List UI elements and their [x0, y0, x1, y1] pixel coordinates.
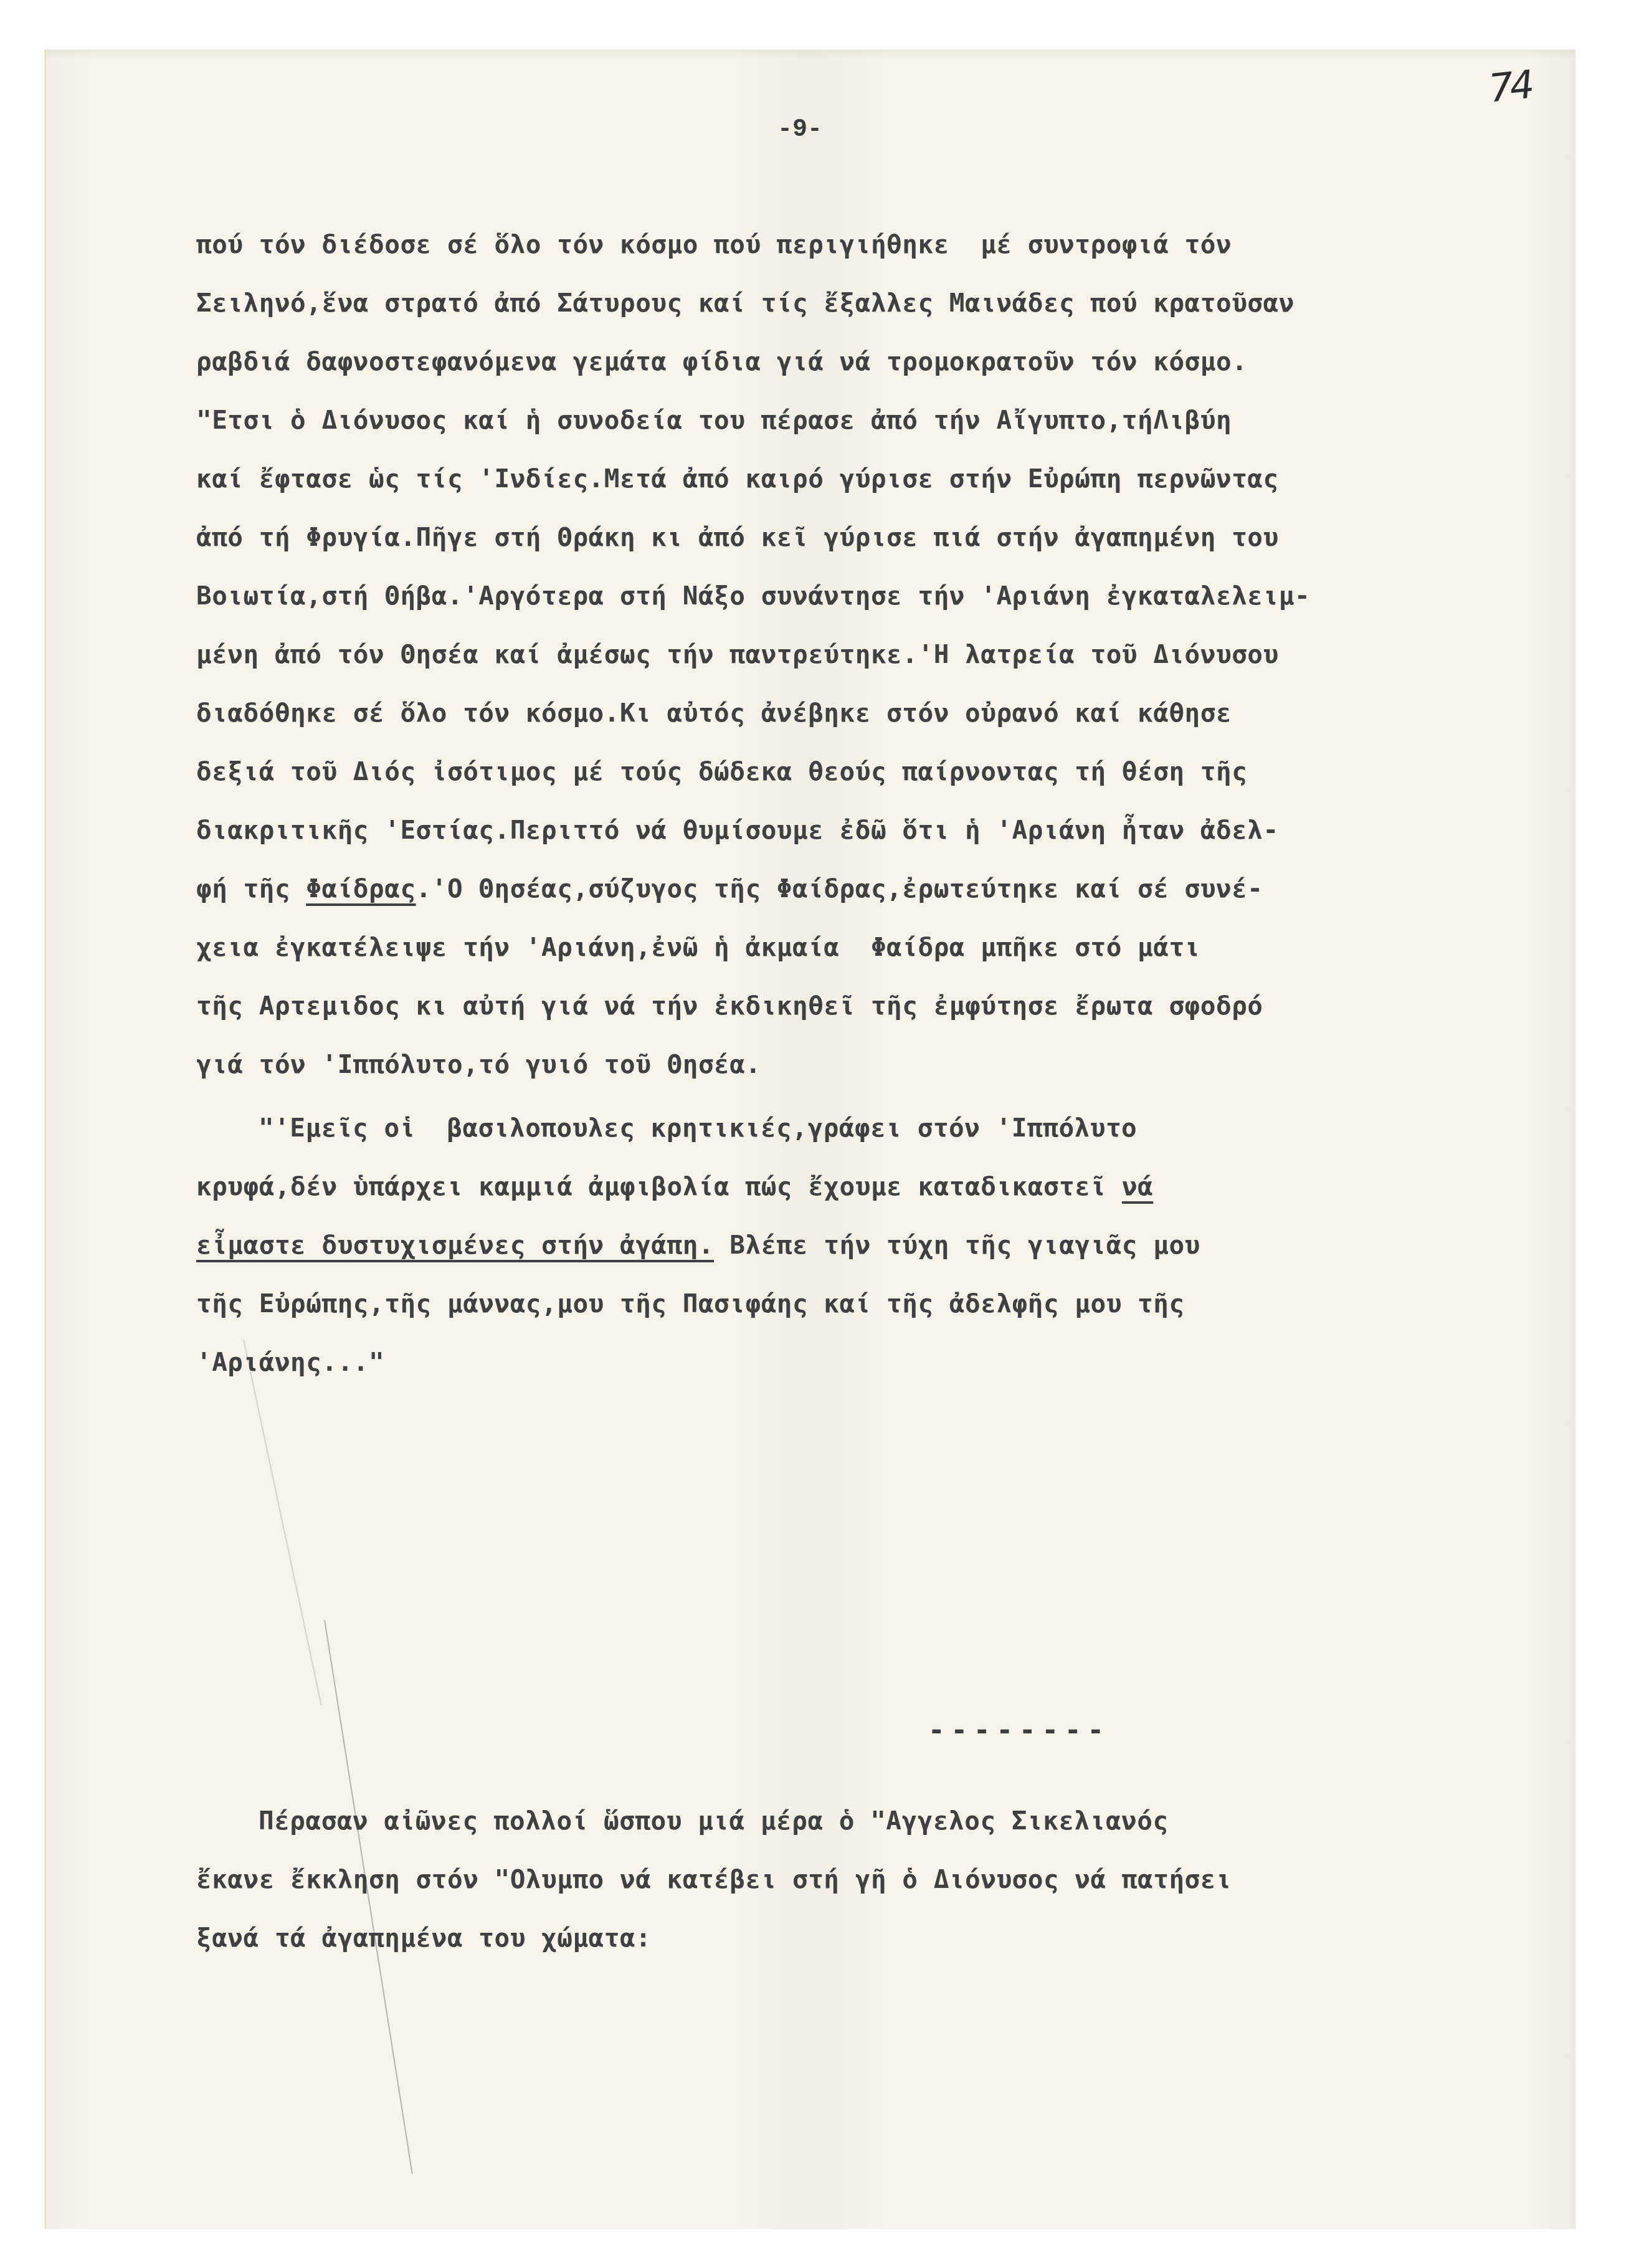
underlined-phrase: εἶμαστε δυστυχισμένες στήν ἀγάπη.: [196, 1230, 714, 1260]
line-segment: φή τῆς: [196, 874, 306, 903]
line-segment: .'Ο Θησέας,σύζυγος τῆς Φαίδρας,ἐρωτεύτηκ…: [416, 874, 1263, 903]
text-line: 'Αριάνης...": [196, 1347, 384, 1377]
text-line: κρυφά,δέν ὑπάρχει καμμιά ἀμφιβολία πώς ἔ…: [196, 1171, 1153, 1201]
text-line: φή τῆς Φαίδρας.'Ο Θησέας,σύζυγος τῆς Φαί…: [196, 874, 1263, 903]
text-line: διακριτικῆς 'Εστίας.Περιττό νά θυμίσουμε…: [196, 815, 1279, 845]
text-line: γιά τόν 'Ιππόλυτο,τό γυιό τοῦ Θησέα.: [196, 1049, 761, 1079]
text-line: καί ἔφτασε ὡς τίς 'Ινδίες.Μετά ἀπό καιρό…: [196, 464, 1279, 493]
text-line: τῆς Αρτεμιδος κι αὐτή γιά νά τήν ἐκδικηθ…: [196, 991, 1263, 1021]
text-line: Πέρασαν αἰῶνες πολλοί ὥσπου μιά μέρα ὁ "…: [259, 1806, 1169, 1836]
text-line: εἶμαστε δυστυχισμένες στήν ἀγάπη. Βλέπε …: [196, 1230, 1200, 1260]
text-line: ραβδιά δαφνοστεφανόμενα γεμάτα φίδια γιά…: [196, 346, 1247, 376]
text-line: "'Εμεῖς οἱ βασιλοπουλες κρητικιές,γράφει…: [259, 1113, 1137, 1143]
text-line: ἔκανε ἔκκληση στόν "Ολυμπο νά κατέβει στ…: [196, 1864, 1232, 1894]
line-segment: Βλέπε τήν τύχη τῆς γιαγιᾶς μου: [714, 1230, 1200, 1260]
text-line: πού τόν διέδοσε σέ ὅλο τόν κόσμο πού περ…: [196, 229, 1232, 259]
text-line: διαδόθηκε σέ ὅλο τόν κόσμο.Κι αὐτός ἀνέβ…: [196, 698, 1232, 728]
text-line: χεια ἐγκατέλειψε τήν 'Αριάνη,ἐνῶ ἡ ἀκμαί…: [196, 932, 1200, 962]
text-line: ξανά τά ἀγαπημένα του χώματα:: [196, 1923, 651, 1953]
line-segment: κρυφά,δέν ὑπάρχει καμμιά ἀμφιβολία πώς ἔ…: [196, 1171, 1122, 1201]
text-line: δεξιά τοῦ Διός ἰσότιμος μέ τούς δώδεκα θ…: [196, 756, 1247, 786]
text-line: Σειληνό,ἕνα στρατό ἀπό Σάτυρους καί τίς …: [196, 288, 1295, 318]
text-line: Βοιωτία,στή Θήβα.'Αργότερα στή Νάξο συνά…: [196, 581, 1310, 611]
typed-page-number: -9-: [777, 116, 822, 144]
underlined-phrase: νά: [1122, 1171, 1153, 1201]
text-line: τῆς Εὐρώπης,τῆς μάννας,μου τῆς Πασιφάης …: [196, 1289, 1185, 1318]
section-separator: --------: [928, 1715, 1110, 1746]
text-line: ἀπό τή Φρυγία.Πῆγε στή Θράκη κι ἀπό κεῖ …: [196, 522, 1279, 552]
underlined-name: Φαίδρας: [306, 874, 416, 903]
handwritten-page-number: 74: [1486, 62, 1532, 112]
text-line: "Ετσι ὁ Διόνυσος καί ἡ συνοδεία του πέρα…: [196, 405, 1232, 435]
text-line: μένη ἀπό τόν Θησέα καί ἀμέσως τήν παντρε…: [196, 639, 1279, 669]
